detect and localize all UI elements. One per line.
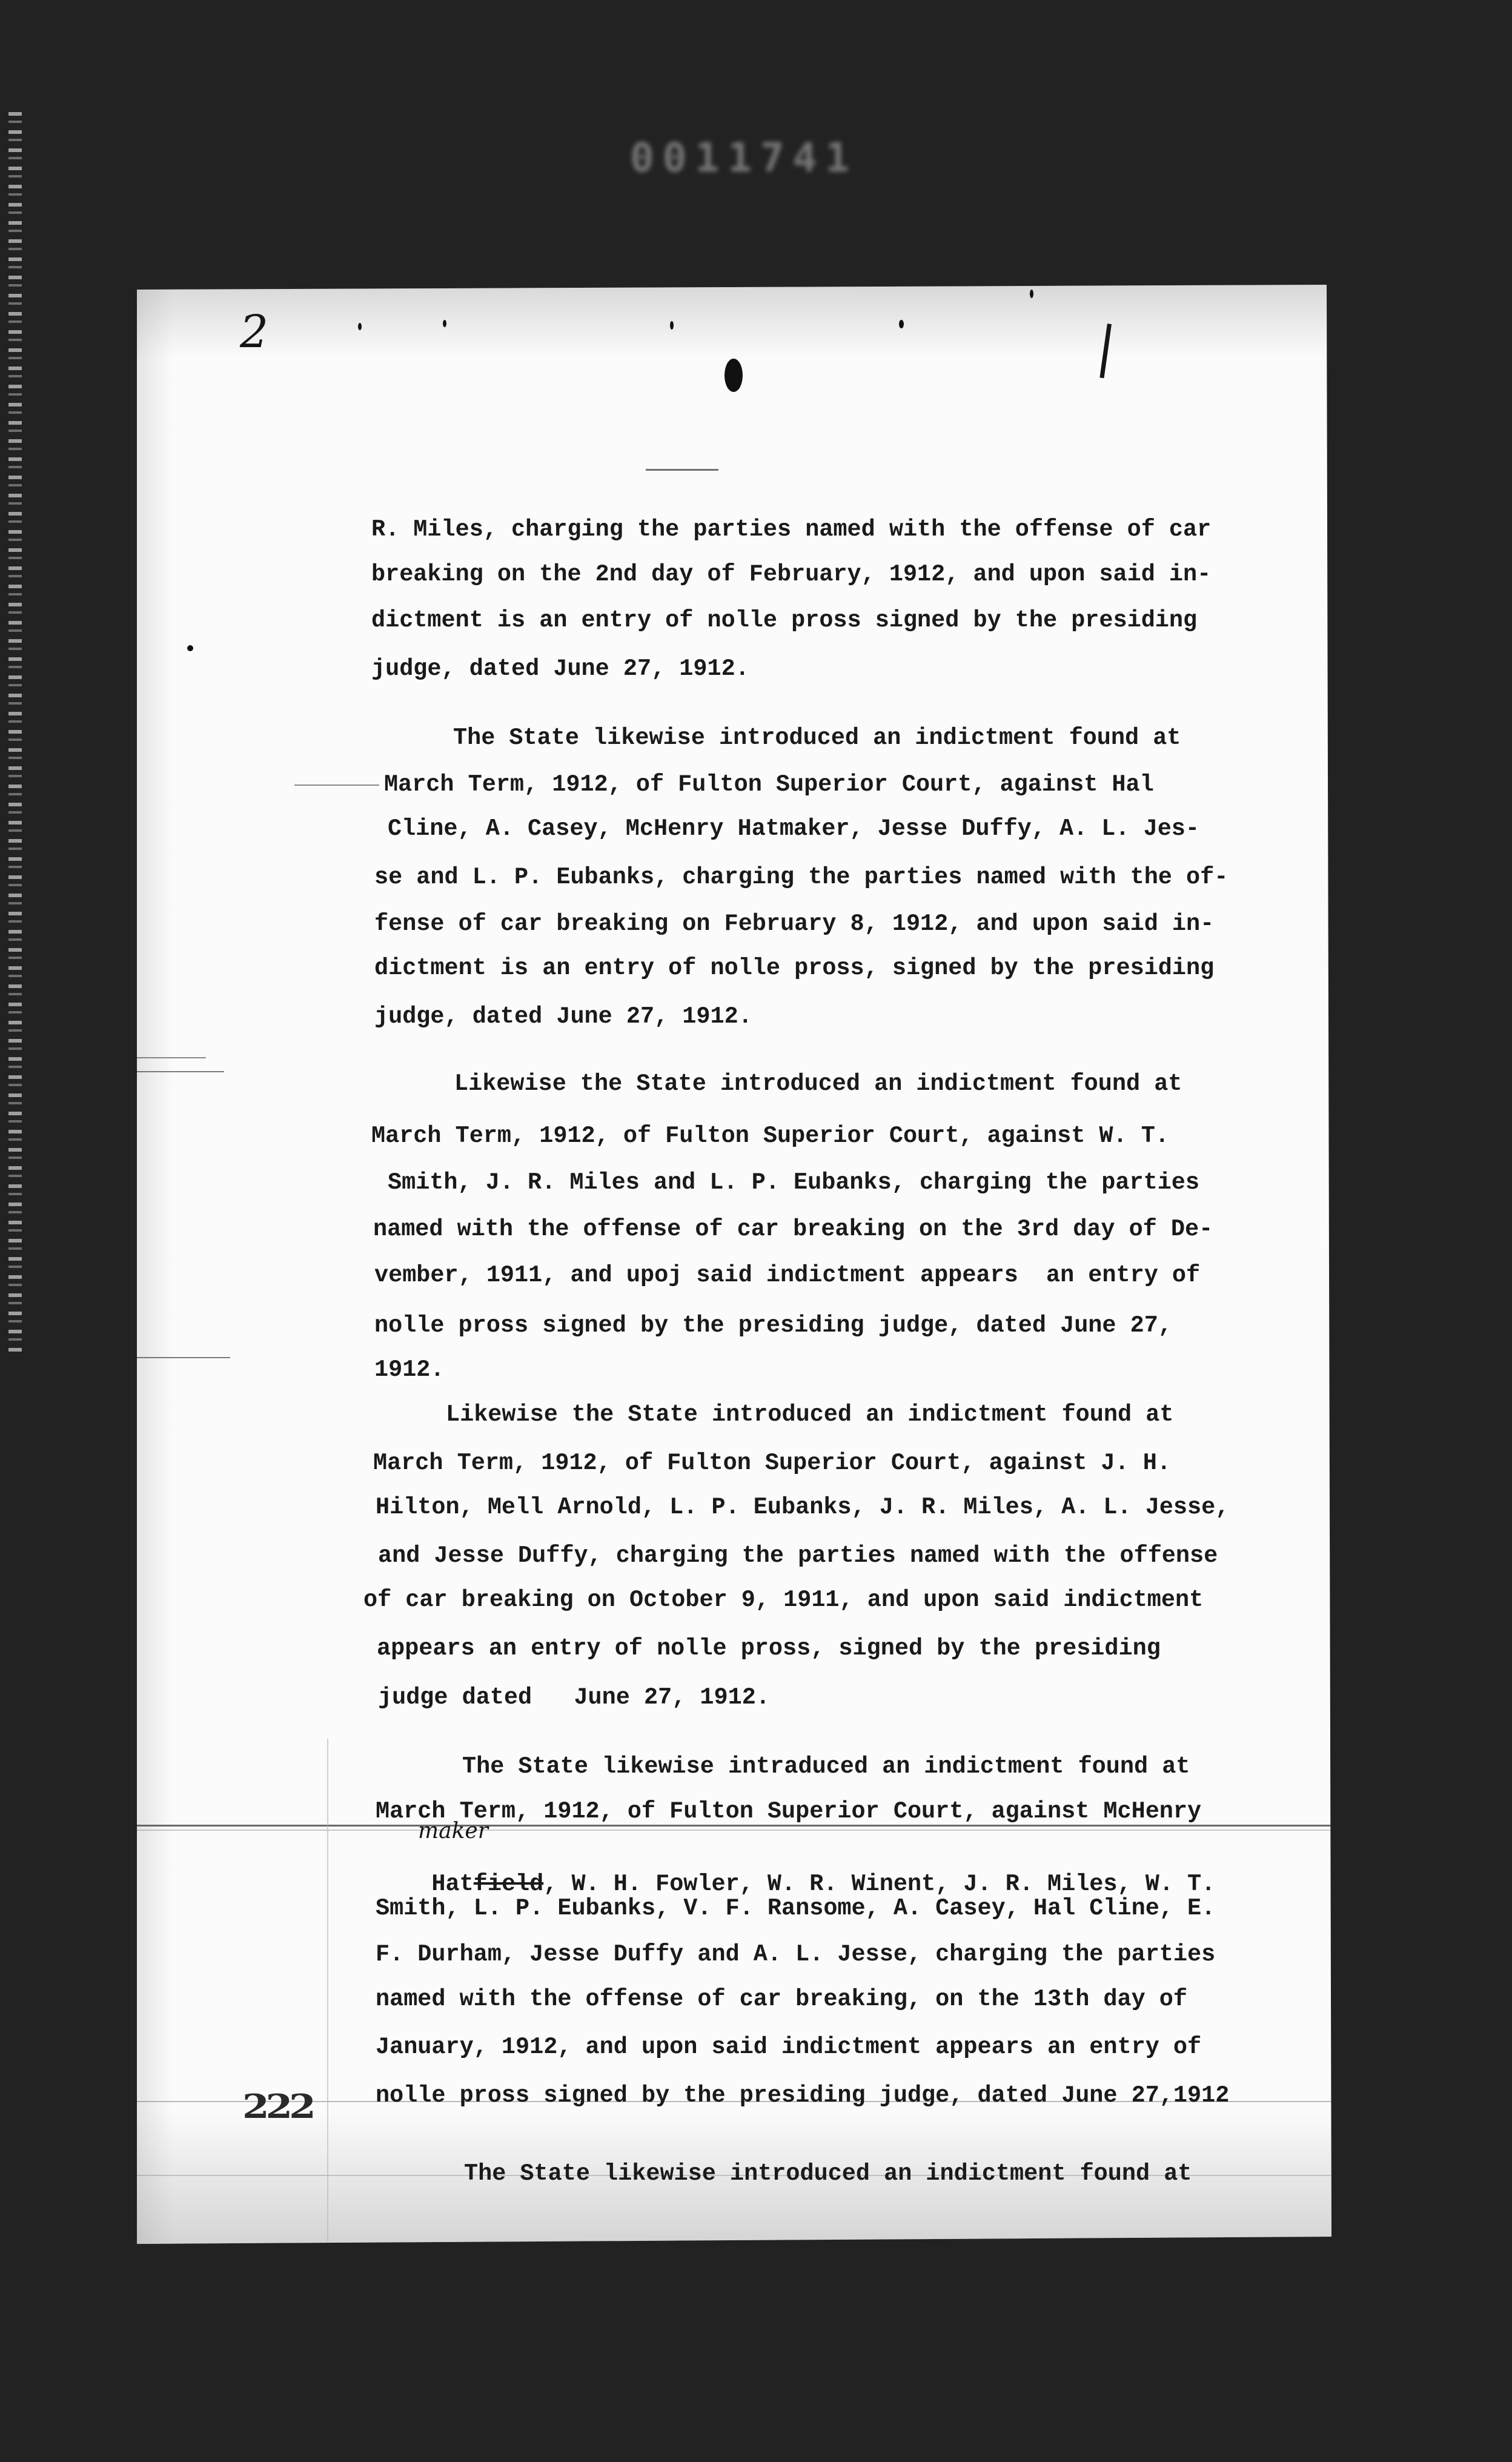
body-line: March Term, 1912, of Fulton Superior Cou… (371, 1124, 1169, 1148)
pencil-mark (294, 785, 379, 786)
pencil-mark (646, 469, 718, 471)
body-line: January, 1912, and upon said indictment … (376, 2035, 1201, 2059)
body-line: The State likewise intraduced an indictm… (462, 1754, 1190, 1779)
body-line: Hilton, Mell Arnold, L. P. Eubanks, J. R… (376, 1495, 1229, 1519)
body-line: nolle pross signed by the presiding judg… (374, 1313, 1172, 1338)
body-line: judge dated June 27, 1912. (378, 1685, 770, 1710)
handwritten-page-number: 2 (240, 306, 268, 358)
ruled-line (137, 1830, 1331, 1831)
microfilm-stamp: 0011741 (630, 134, 858, 177)
body-line: Likewise the State introduced an indictm… (454, 1072, 1182, 1096)
ink-speck (899, 320, 904, 328)
body-line: named with the offense of car breaking, … (376, 1987, 1187, 2011)
body-line: March Term, 1912, of Fulton Superior Cou… (384, 772, 1154, 797)
body-line: and Jesse Duffy, charging the parties na… (378, 1544, 1218, 1568)
margin-line (327, 1739, 328, 2241)
margin-page-number: 222 (242, 2088, 313, 2126)
body-line: nolle pross signed by the presiding judg… (376, 2083, 1229, 2108)
document-page: 2 | / R. Miles, charging the parties nam… (137, 285, 1331, 2244)
body-line: se and L. P. Eubanks, charging the parti… (374, 865, 1228, 889)
body-line: March Term, 1912, of Fulton Superior Cou… (373, 1451, 1171, 1475)
body-line: Likewise the State introduced an indictm… (446, 1402, 1173, 1427)
body-line: The State likewise introduced an indictm… (464, 2162, 1192, 2186)
ink-speck (670, 321, 674, 330)
body-line-rest: , W. H. Fowler, W. R. Winent, J. R. Mile… (543, 1871, 1215, 1897)
body-line: dictment is an entry of nolle pross, sig… (374, 956, 1214, 980)
body-line: The State likewise introduced an indictm… (453, 726, 1181, 750)
ink-speck (1030, 290, 1033, 298)
body-line: 1912. (374, 1358, 445, 1382)
handwritten-correction: maker (418, 1819, 488, 1843)
ink-speck (187, 645, 193, 651)
pencil-mark (137, 1071, 224, 1072)
body-line: Smith, J. R. Miles and L. P. Eubanks, ch… (388, 1170, 1199, 1195)
body-line: fense of car breaking on February 8, 191… (374, 912, 1214, 936)
pencil-mark (137, 1057, 206, 1058)
body-line: Cline, A. Casey, McHenry Hatmaker, Jesse… (388, 817, 1199, 841)
body-line: F. Durham, Jesse Duffy and A. L. Jesse, … (376, 1942, 1215, 1966)
ink-speck (443, 320, 446, 327)
body-line: of car breaking on October 9, 1911, and … (363, 1588, 1203, 1612)
handwritten-tick-mark: | (1093, 314, 1120, 379)
pencil-mark (137, 1357, 230, 1358)
body-line: dictment is an entry of nolle pross sign… (371, 608, 1197, 632)
body-line: judge, dated June 27, 1912. (374, 1004, 752, 1029)
struck-text: field (474, 1871, 544, 1897)
name-prefix: Hat (431, 1871, 473, 1897)
body-line: March Term, 1912, of Fulton Superior Cou… (376, 1799, 1201, 1823)
body-line: R. Miles, charging the parties named wit… (371, 517, 1211, 542)
ink-speck (358, 323, 362, 330)
body-line: vember, 1911, and upoj said indictment a… (374, 1263, 1200, 1287)
body-line: appears an entry of nolle pross, signed … (377, 1636, 1161, 1661)
body-line: judge, dated June 27, 1912. (371, 657, 749, 681)
punch-hole (724, 359, 743, 392)
body-line: breaking on the 2nd day of February, 191… (371, 562, 1211, 586)
film-edge-strip (8, 112, 22, 1354)
body-line: Smith, L. P. Eubanks, V. F. Ransome, A. … (376, 1896, 1215, 1920)
body-line: named with the offense of car breaking o… (373, 1217, 1213, 1241)
ruled-line (137, 1825, 1331, 1827)
